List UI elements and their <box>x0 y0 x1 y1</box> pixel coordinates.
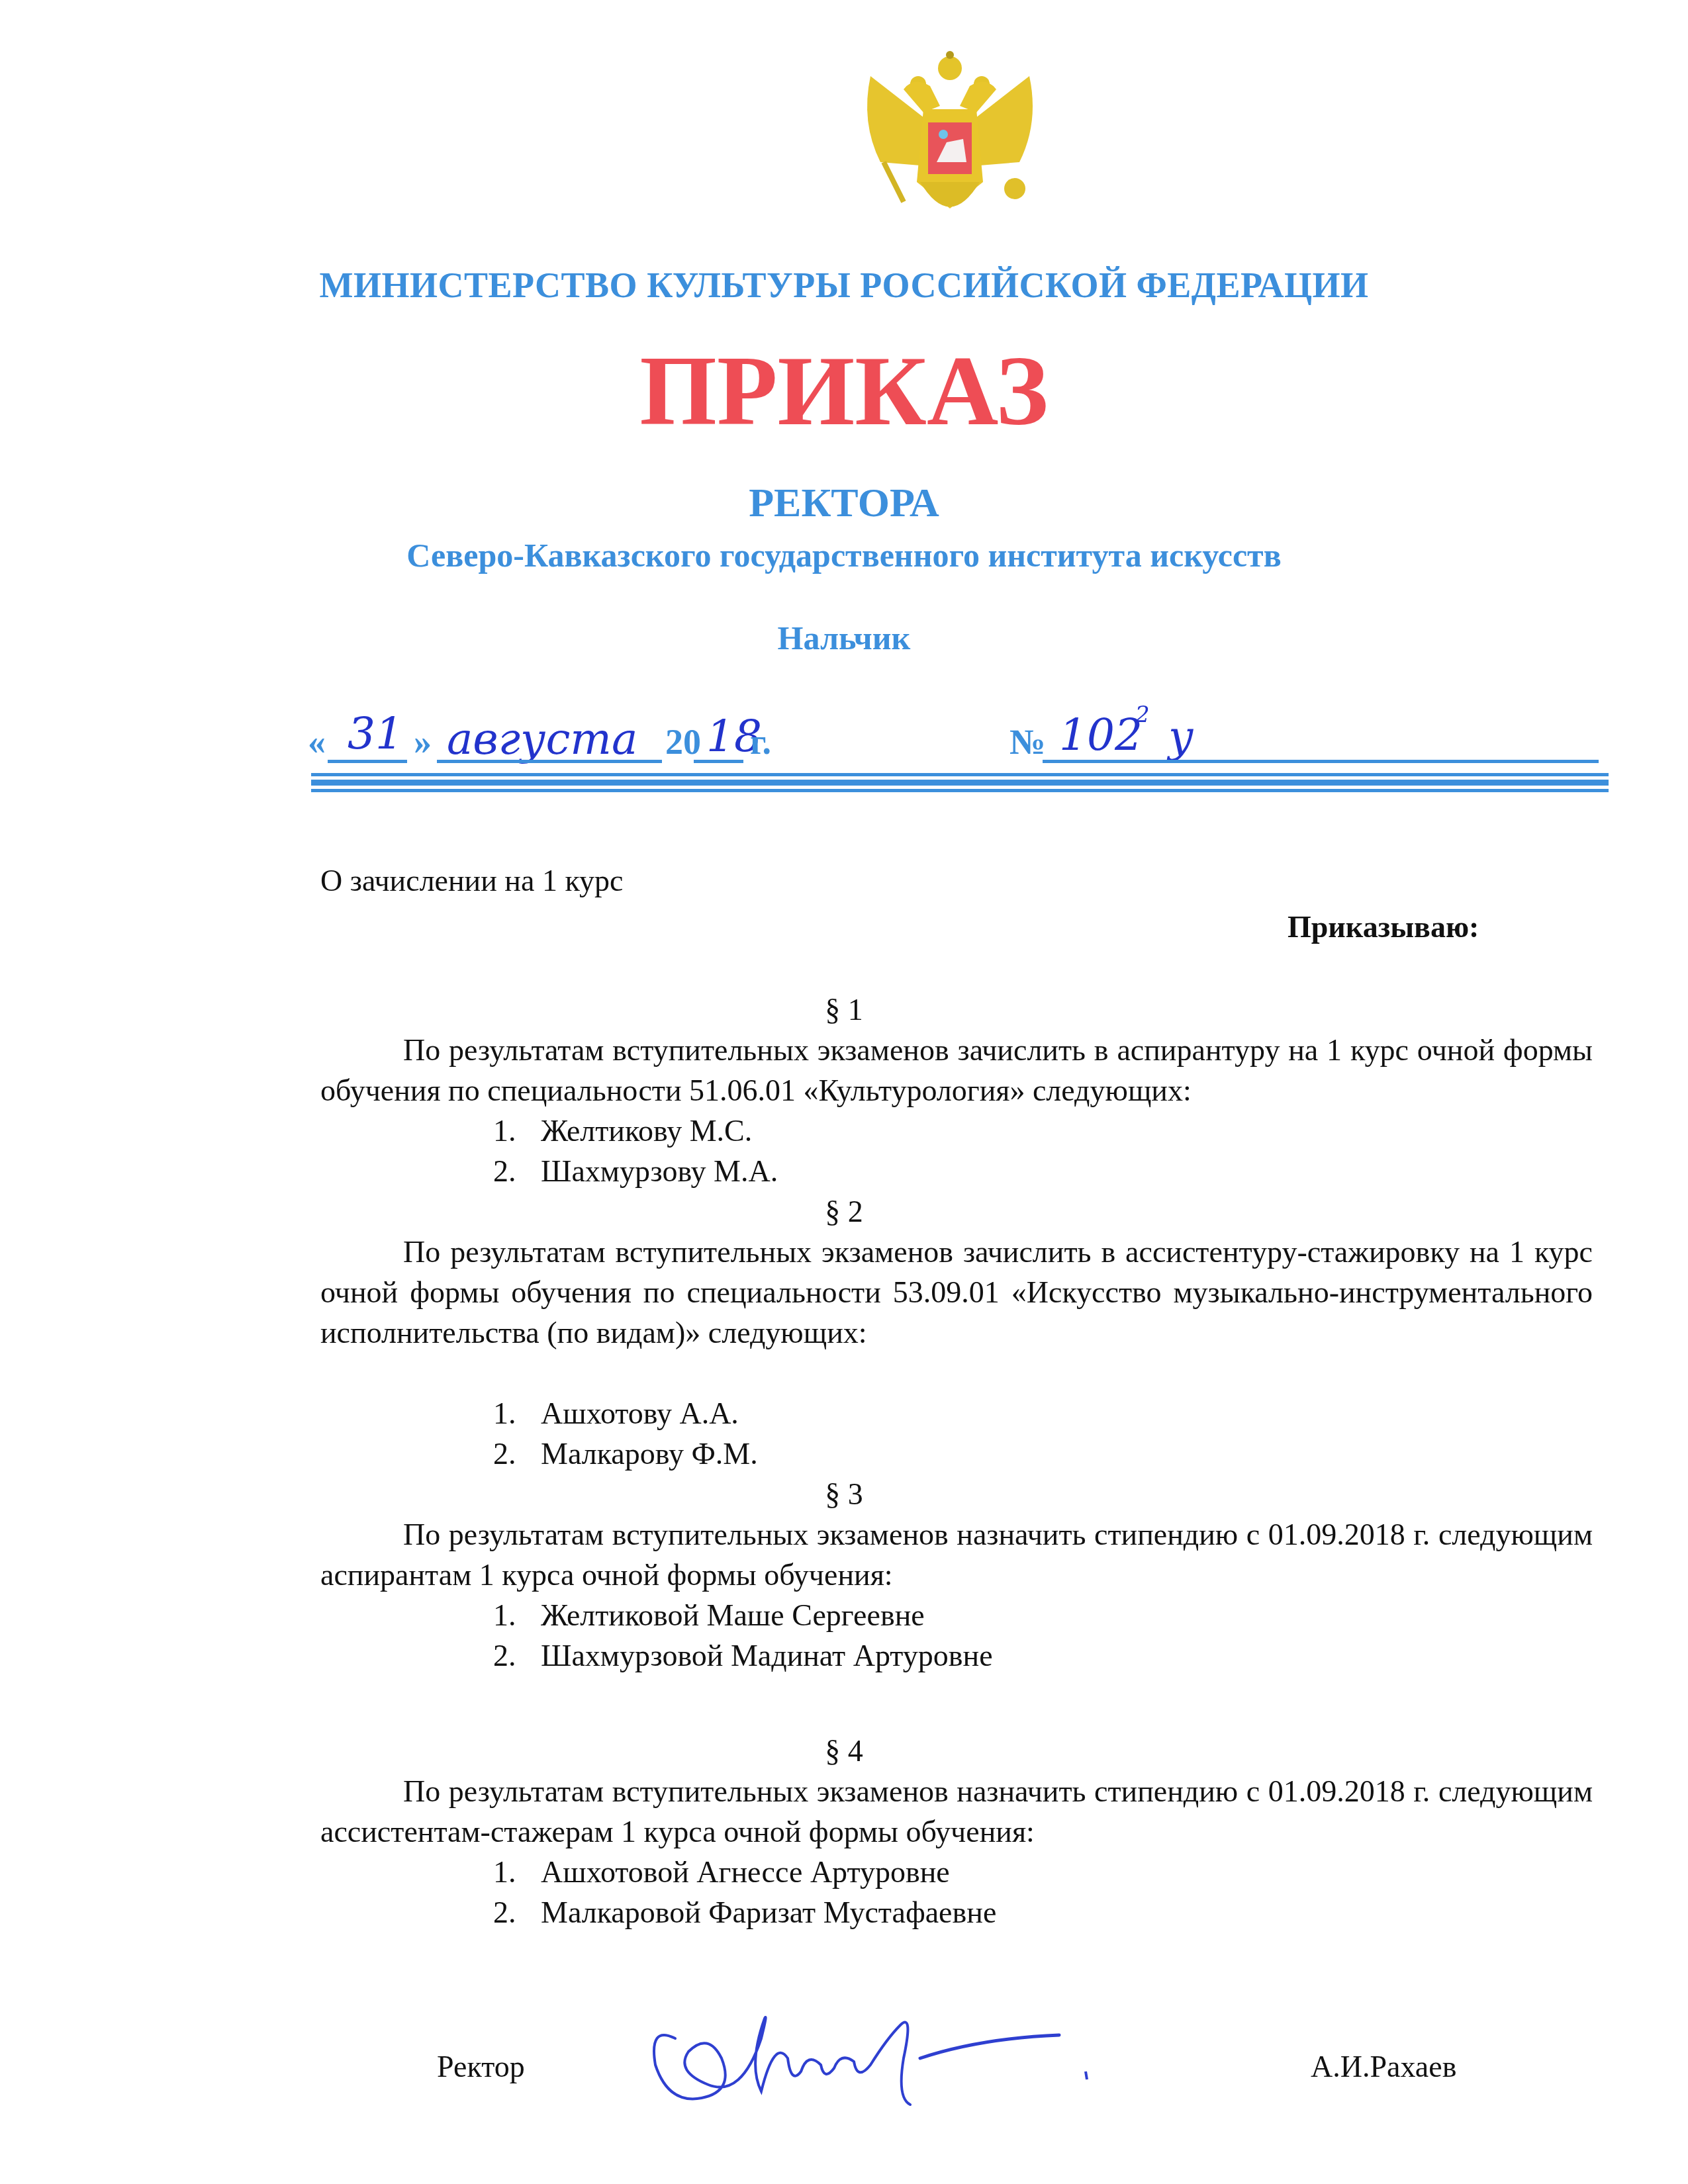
signatory-name: А.И.Рахаев <box>1311 2046 1456 2087</box>
order-number: 102 <box>1059 709 1143 760</box>
list-item: 1.Ашхотову А.А. <box>493 1393 739 1433</box>
section-marker-4: § 4 <box>0 1731 1688 1771</box>
year-unit: г. <box>750 721 771 762</box>
section-marker-1: § 1 <box>0 989 1688 1030</box>
number-label: № <box>1009 721 1045 762</box>
institution-name: Северо-Кавказского государственного инст… <box>0 536 1688 574</box>
list-item: 1.Желтиковой Маше Сергеевне <box>493 1595 925 1635</box>
header-rule-top <box>311 773 1609 776</box>
section-marker-2: § 2 <box>0 1191 1688 1232</box>
year-underline <box>694 760 743 763</box>
ministry-heading: МИНИСТЕРСТВО КУЛЬТУРЫ РОССИЙСКОЙ ФЕДЕРАЦ… <box>0 265 1688 306</box>
section-text-2: По результатам вступительных экзаменов з… <box>320 1232 1593 1353</box>
section-text-4: По результатам вступительных экзаменов н… <box>320 1771 1593 1852</box>
section-text-3: По результатам вступительных экзаменов н… <box>320 1514 1593 1595</box>
list-item: 1.Ашхотовой Агнессе Артуровне <box>493 1852 950 1892</box>
city-name: Нальчик <box>0 619 1688 657</box>
day-underline <box>328 760 407 763</box>
year-prefix: 20 <box>665 721 701 762</box>
order-directive: Приказываю: <box>1288 907 1479 947</box>
list-item: 2.Шахмурзовой Мадинат Артуровне <box>493 1635 993 1676</box>
order-month: августа <box>447 713 637 764</box>
russian-coat-of-arms-icon <box>857 50 1043 228</box>
header-rule-bottom <box>311 789 1609 792</box>
section-marker-3: § 3 <box>0 1474 1688 1514</box>
close-quote: » <box>414 721 432 762</box>
open-quote: « <box>308 721 326 762</box>
number-underline <box>1043 760 1599 763</box>
issuer-heading: РЕКТОРА <box>0 480 1688 527</box>
handwritten-signature-icon <box>649 1999 1178 2118</box>
list-item: 2.Малкарову Ф.М. <box>493 1433 758 1474</box>
list-item: 1.Желтикову М.С. <box>493 1111 752 1151</box>
section-text-1: По результатам вступительных экзаменов з… <box>320 1030 1593 1111</box>
order-number-suffix: у <box>1168 711 1194 762</box>
order-subject: О зачислении на 1 курс <box>320 860 624 901</box>
signatory-title: Ректор <box>437 2046 525 2087</box>
document-type-title: ПРИКАЗ <box>0 334 1688 448</box>
month-underline <box>437 760 662 763</box>
order-day: 31 <box>348 708 403 759</box>
order-number-superscript: 2 <box>1135 702 1150 728</box>
list-item: 2.Шахмурзову М.А. <box>493 1151 778 1191</box>
list-item: 2.Малкаровой Фаризат Мустафаевне <box>493 1892 996 1933</box>
header-rule-middle <box>311 780 1609 786</box>
